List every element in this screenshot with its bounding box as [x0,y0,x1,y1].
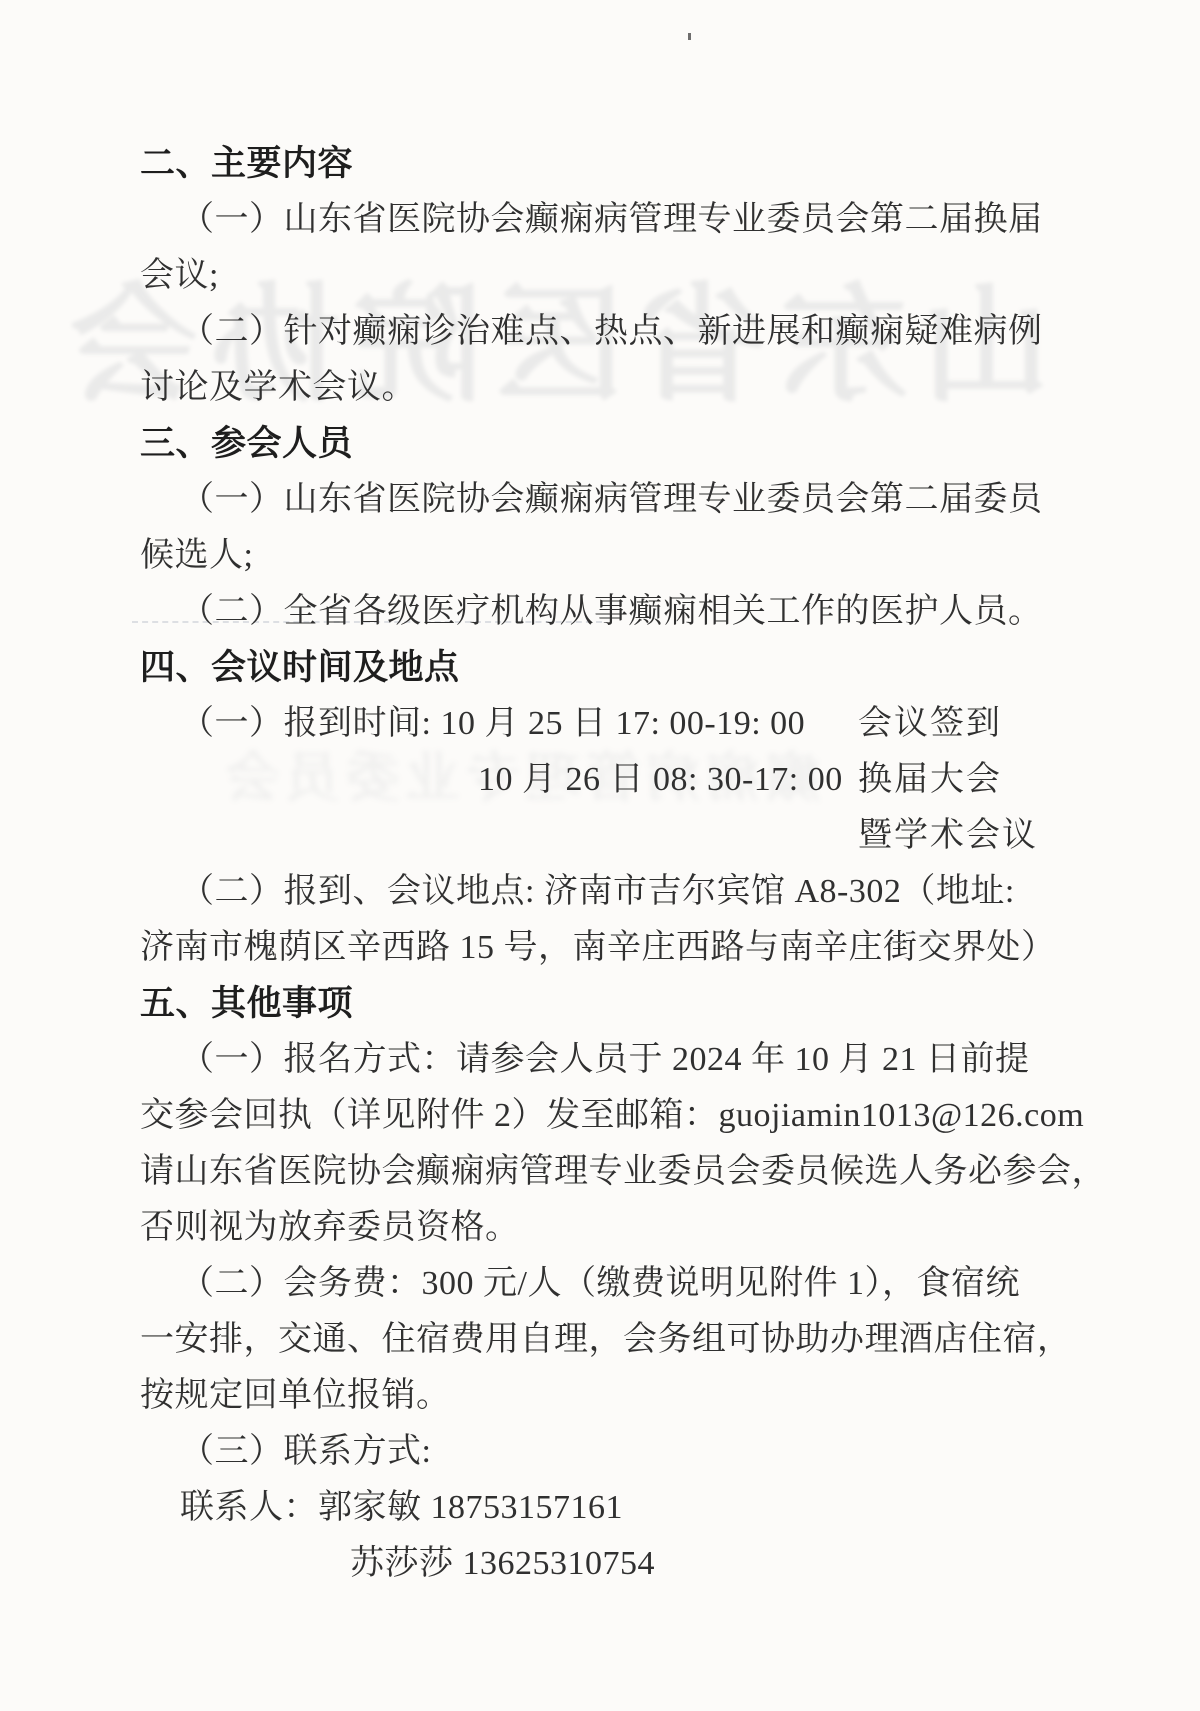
doc-line: （二）针对癫痫诊治难点、热点、新进展和癫痫疑难病例 [140,304,1140,360]
doc-line: （一）山东省医院协会癫痫病管理专业委员会第二届换届 [140,192,1140,248]
doc-line-venue: （二）报到、会议地点: 济南市吉尔宾馆 A8-302（地址: [140,864,1140,920]
doc-line-contact-heading: （三）联系方式: [140,1424,1140,1480]
scanned-notice-page: 山东省医院协会 癫痫病管理专业委员会 二、主要内容 （一）山东省医院协会癫痫病管… [0,0,1200,1711]
schedule-label: 会议签到 [858,696,1002,752]
heading-text: 四、会议时间及地点 [140,648,460,688]
line-text: 一安排，交通、住宿费用自理，会务组可协助办理酒店住宿， [140,1321,1072,1358]
line-text: （一）报名方式：请参会人员于 2024 年 10 月 21 日前提 [180,1041,1030,1078]
line-text: （二）全省各级医疗机构从事癫痫相关工作的医护人员。 [180,593,1043,630]
heading-text: 三、参会人员 [140,424,353,464]
line-text: 讨论及学术会议。 [140,369,416,406]
line-text: 否则视为放弃委员资格。 [140,1209,520,1246]
line-text: （二）会务费：300 元/人（缴费说明见附件 1），食宿统 [180,1265,1020,1302]
doc-line-address: 济南市槐荫区辛西路 15 号，南辛庄西路与南辛庄街交界处） [140,920,1140,976]
line-text: 按规定回单位报销。 [140,1377,451,1414]
doc-line-schedule-cont: 暨学术会议 [140,808,1140,864]
doc-line: 候选人; [140,528,1140,584]
line-text: 苏莎莎 13625310754 [350,1545,655,1582]
section-heading-time-place: 四、会议时间及地点 [140,640,1140,696]
section-heading-attendees: 三、参会人员 [140,416,1140,472]
line-text: 济南市槐荫区辛西路 15 号，南辛庄西路与南辛庄街交界处） [140,929,1056,966]
line-text: （一）山东省医院协会癫痫病管理专业委员会第二届委员 [180,481,1043,518]
line-text: （一）报到时间: 10 月 25 日 17: 00-19: 00 [180,705,805,742]
doc-line-fee: （二）会务费：300 元/人（缴费说明见附件 1），食宿统 [140,1256,1140,1312]
doc-line: 讨论及学术会议。 [140,360,1140,416]
doc-line: 会议; [140,248,1140,304]
line-text: （一）山东省医院协会癫痫病管理专业委员会第二届换届 [180,201,1043,238]
doc-line: 按规定回单位报销。 [140,1368,1140,1424]
doc-line-email: 交参会回执（详见附件 2）发至邮箱：guojiamin1013@126.com [140,1088,1140,1144]
heading-text: 五、其他事项 [140,984,353,1024]
document-body: 二、主要内容 （一）山东省医院协会癫痫病管理专业委员会第二届换届 会议; （二）… [0,0,1200,1592]
line-text: （二）报到、会议地点: 济南市吉尔宾馆 A8-302（地址: [180,873,1015,910]
doc-line: 一安排，交通、住宿费用自理，会务组可协助办理酒店住宿， [140,1312,1140,1368]
doc-line-checkin-day2: 10 月 26 日 08: 30-17: 00换届大会 [140,752,1140,808]
line-text: （二）针对癫痫诊治难点、热点、新进展和癫痫疑难病例 [180,313,1043,350]
schedule-label: 换届大会 [858,752,1002,808]
line-text: 交参会回执（详见附件 2）发至邮箱：guojiamin1013@126.com [140,1097,1084,1134]
section-heading-main-content: 二、主要内容 [140,136,1140,192]
line-text: 请山东省医院协会癫痫病管理专业委员会委员候选人务必参会， [140,1153,1106,1190]
doc-line: （二）全省各级医疗机构从事癫痫相关工作的医护人员。 [140,584,1140,640]
line-text: （三）联系方式: [180,1433,431,1470]
doc-line-contact-1: 联系人：郭家敏 18753157161 [140,1480,1140,1536]
doc-line: 否则视为放弃委员资格。 [140,1200,1140,1256]
doc-line-contact-2: 苏莎莎 13625310754 [140,1536,1140,1592]
doc-line: （一）山东省医院协会癫痫病管理专业委员会第二届委员 [140,472,1140,528]
doc-line-checkin-day1: （一）报到时间: 10 月 25 日 17: 00-19: 00会议签到 [140,696,1140,752]
heading-text: 二、主要内容 [140,144,353,184]
section-heading-other-items: 五、其他事项 [140,976,1140,1032]
doc-line-registration: （一）报名方式：请参会人员于 2024 年 10 月 21 日前提 [140,1032,1140,1088]
doc-line: 请山东省医院协会癫痫病管理专业委员会委员候选人务必参会， [140,1144,1140,1200]
line-text: 候选人; [140,537,253,574]
line-text: 10 月 26 日 08: 30-17: 00 [478,761,843,798]
line-text: 联系人：郭家敏 18753157161 [180,1489,623,1526]
line-text: 会议; [140,257,219,294]
schedule-label: 暨学术会议 [858,808,1038,864]
